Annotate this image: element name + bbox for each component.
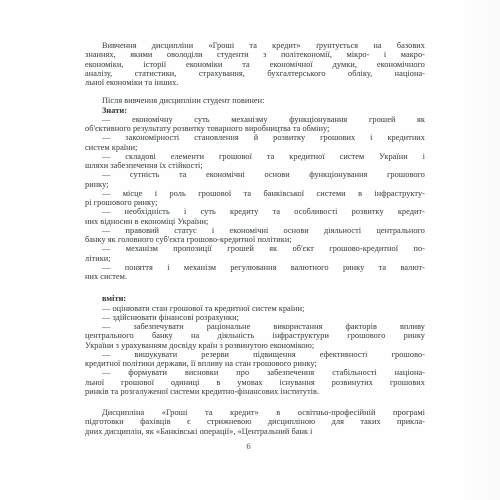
- text-line: банку як головного суб'єкта грошово-кред…: [85, 235, 425, 244]
- text-line: — складові елементи грошової та кредитно…: [85, 152, 425, 161]
- text-line: — місце і роль грошової та банківської с…: [85, 189, 425, 198]
- section-heading: вміти:: [85, 294, 425, 303]
- paragraph: Вивчення дисципліни «Гроші та кредит» ґр…: [85, 41, 425, 87]
- page-number: 6: [85, 441, 412, 451]
- paragraph: — складові елементи грошової та кредитно…: [85, 152, 425, 171]
- text-line: — сутність та економічні основи функціон…: [85, 170, 425, 179]
- paragraph: — оцінювати стан грошової та кредитної с…: [85, 304, 425, 313]
- text-line: літики;: [85, 254, 425, 263]
- text-line: центрального банку на діяльність інфраст…: [85, 331, 425, 340]
- text-line: — вишукувати резерви підвищення ефективн…: [85, 350, 425, 359]
- text-line: — забезпечувати раціональне використання…: [85, 322, 425, 331]
- text-line: — необхідність і суть кредиту та особлив…: [85, 207, 425, 216]
- paragraph: — поняття і механізм регулювання валютно…: [85, 263, 425, 282]
- text-line: дних дисциплін, як «Банківські операції»…: [85, 427, 425, 436]
- text-line: — здійснювати фінансові розрахунки;: [85, 313, 425, 322]
- text-line: шляхи забезпечення їх стійкості;: [85, 161, 425, 170]
- text-line: рі грошового ринку;: [85, 198, 425, 207]
- text-line: льної грошової одиниці в умовах існуванн…: [85, 378, 425, 387]
- text-line: аналізу, статистики, страхування, бухгал…: [85, 69, 425, 78]
- paragraph: — формувати висновки про забезпечення ст…: [85, 368, 425, 396]
- text-line: знаннях, якими оволоділи студенти з полі…: [85, 50, 425, 59]
- paragraph: Дисципліна «Гроші та кредит» в освітньо-…: [85, 408, 425, 436]
- text-line: — формувати висновки про забезпечення ст…: [85, 368, 425, 377]
- text-line: — правовий статус і економічні основи ді…: [85, 226, 425, 235]
- text-line: них систем.: [85, 272, 425, 281]
- paragraph: — здійснювати фінансові розрахунки;: [85, 313, 425, 322]
- paragraph: — сутність та економічні основи функціон…: [85, 170, 425, 189]
- paragraph: — економічну суть механізму функціонуван…: [85, 115, 425, 134]
- scanned-book-page: Вивчення дисципліни «Гроші та кредит» ґр…: [0, 0, 500, 500]
- paragraph: — забезпечувати раціональне використання…: [85, 322, 425, 350]
- text-line: України з урахуванням досвіду країн з ро…: [85, 341, 425, 350]
- text-line: — поняття і механізм регулювання валютно…: [85, 263, 425, 272]
- text-line: льної економіки та інших.: [85, 78, 425, 87]
- text-line: — оцінювати стан грошової та кредитної с…: [85, 304, 425, 313]
- paragraph: — закономірності становлення й розвитку …: [85, 133, 425, 152]
- section-heading: Знати:: [85, 106, 425, 115]
- heading-text: Знати:: [85, 106, 425, 115]
- text-line: економіки, історії економіки та економіч…: [85, 60, 425, 69]
- paragraph-gap: [85, 281, 425, 294]
- paragraph: — вишукувати резерви підвищення ефективн…: [85, 350, 425, 369]
- text-line: — економічну суть механізму функціонуван…: [85, 115, 425, 124]
- paragraph-gap: [85, 396, 425, 408]
- text-line: ринків та розгалуженої системи кредитно-…: [85, 387, 425, 396]
- paragraph: Після вивчення дисципліни студент повине…: [85, 96, 425, 105]
- paragraph: — необхідність і суть кредиту та особлив…: [85, 207, 425, 226]
- text-line: — механізм пропозиції грошей як об'єкт г…: [85, 244, 425, 253]
- text-line: Після вивчення дисципліни студент повине…: [85, 96, 425, 105]
- heading-text: вміти:: [85, 294, 425, 303]
- paragraph-gap: [85, 87, 425, 96]
- text-line: — закономірності становлення й розвитку …: [85, 133, 425, 142]
- text-line: кредитної політики держави, її впливу на…: [85, 359, 425, 368]
- text-line: систем країни;: [85, 143, 425, 152]
- text-line: підготовки фахівців є стрижневою дисципл…: [85, 417, 425, 426]
- text-line: ринку;: [85, 180, 425, 189]
- text-line: Дисципліна «Гроші та кредит» в освітньо-…: [85, 408, 425, 417]
- text-line: них відносин в економіці України;: [85, 217, 425, 226]
- text-line: Вивчення дисципліни «Гроші та кредит» ґр…: [85, 41, 425, 50]
- paragraph: — правовий статус і економічні основи ді…: [85, 226, 425, 245]
- text-block: Вивчення дисципліни «Гроші та кредит» ґр…: [85, 41, 425, 436]
- paragraph: — місце і роль грошової та банківської с…: [85, 189, 425, 208]
- paragraph: — механізм пропозиції грошей як об'єкт г…: [85, 244, 425, 263]
- text-line: об'єктивного результату розвитку товарно…: [85, 124, 425, 133]
